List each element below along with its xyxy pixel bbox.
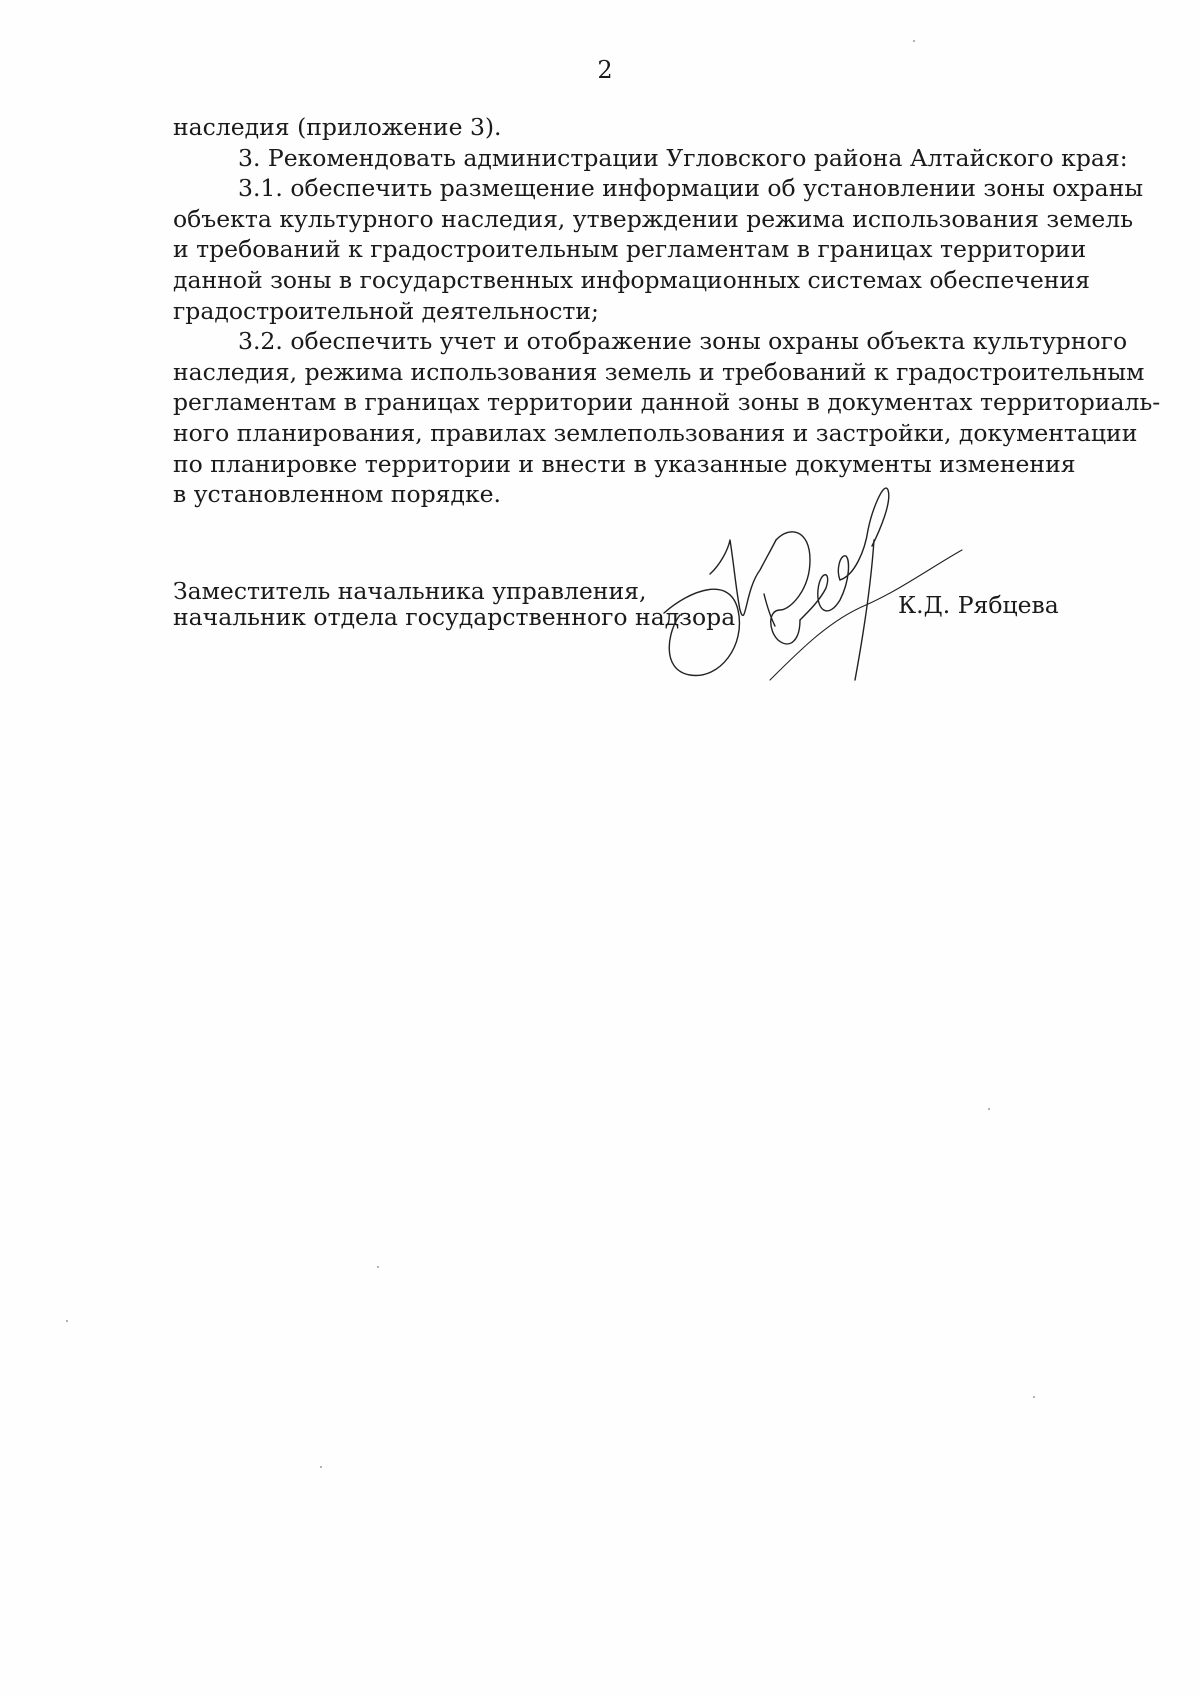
text-line-item-3-1: 3.1. обеспечить размещение информации об… [173,173,1056,204]
text-line: объекта культурного наследия, утверждени… [173,204,1056,235]
handwritten-signature-icon [650,470,970,690]
scan-speck [320,1466,322,1468]
page-number: 2 [0,56,1200,84]
scan-speck [377,1266,379,1268]
scan-speck [988,1108,990,1110]
text-line-item-3: 3. Рекомендовать администрации Угловског… [173,143,1056,174]
text-line: регламентам в границах территории данной… [173,387,1056,418]
text-line: ного планирования, правилах землепользов… [173,418,1056,449]
scan-speck [913,40,915,42]
text-line: градостроительной деятельности; [173,296,1056,327]
document-body: наследия (приложение 3). 3. Рекомендоват… [173,112,1056,510]
text-line: наследия, режима использования земель и … [173,357,1056,388]
text-line-continuation: наследия (приложение 3). [173,112,1056,143]
text-line: и требований к градостроительным регламе… [173,234,1056,265]
scan-speck [66,1320,68,1322]
text-line-item-3-2: 3.2. обеспечить учет и отображение зоны … [173,326,1056,357]
text-line: данной зоны в государственных информацио… [173,265,1056,296]
document-page: 2 наследия (приложение 3). 3. Рекомендов… [0,0,1200,1697]
scan-speck [1033,1396,1035,1398]
